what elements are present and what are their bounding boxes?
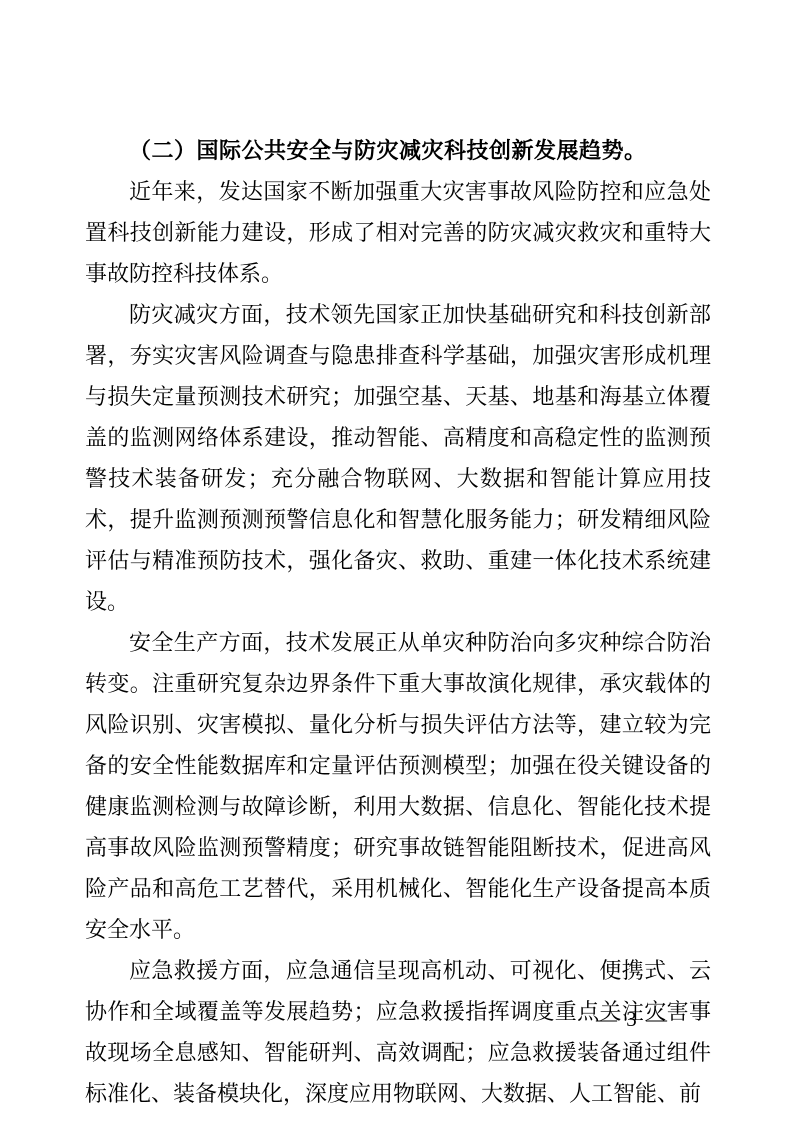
section-heading: （二）国际公共安全与防灾减灾科技创新发展趋势。 bbox=[85, 130, 711, 171]
paragraph: 安全生产方面，技术发展正从单灾种防治向多灾种综合防治转变。注重研究复杂边界条件下… bbox=[85, 622, 711, 950]
page-number: — 3 — bbox=[596, 1004, 669, 1034]
document-page: （二）国际公共安全与防灾减灾科技创新发展趋势。 近年来，发达国家不断加强重大灾害… bbox=[0, 0, 793, 1122]
paragraph: 防灾减灾方面，技术领先国家正加快基础研究和科技创新部署，夯实灾害风险调查与隐患排… bbox=[85, 294, 711, 622]
document-body: （二）国际公共安全与防灾减灾科技创新发展趋势。 近年来，发达国家不断加强重大灾害… bbox=[85, 130, 711, 1114]
paragraph: 近年来，发达国家不断加强重大灾害事故风险防控和应急处置科技创新能力建设，形成了相… bbox=[85, 171, 711, 294]
